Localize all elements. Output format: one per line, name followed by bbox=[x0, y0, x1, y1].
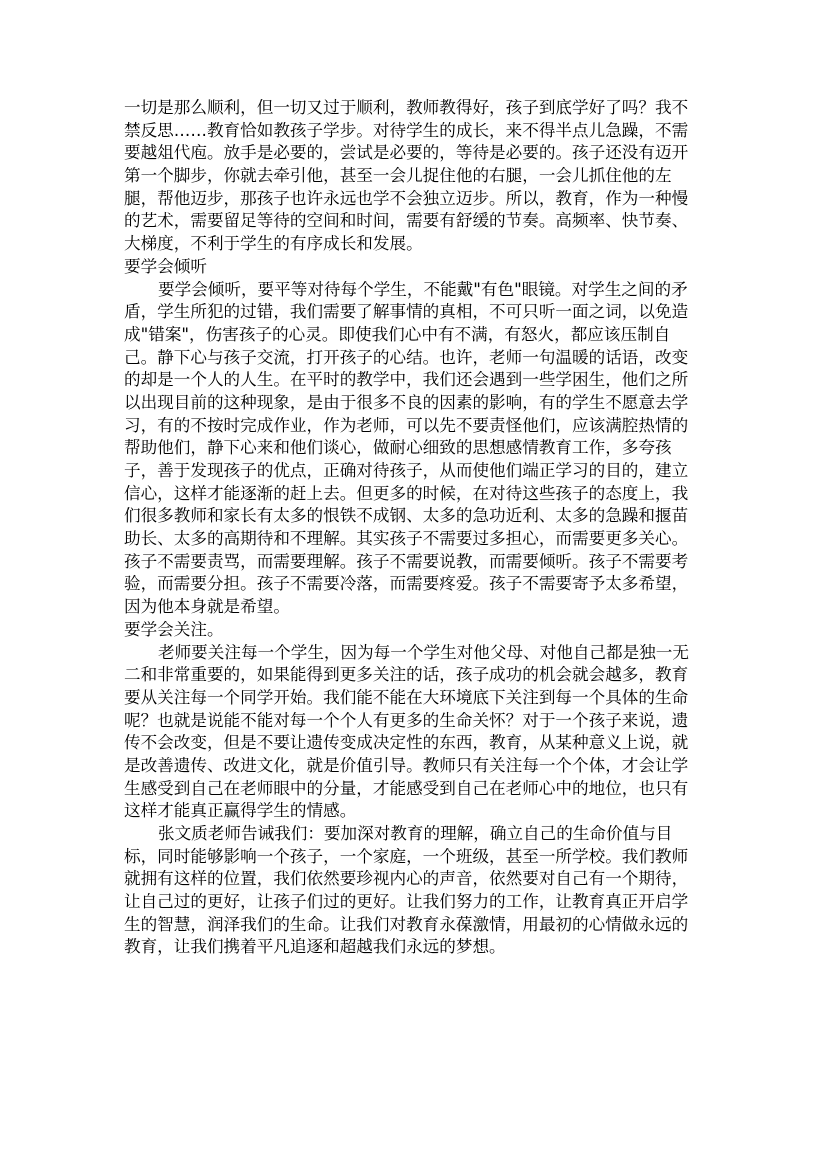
text-line: 要从关注每一个同学开始。我们能不能在大环境底下关注到每一个具体的生命 bbox=[124, 687, 704, 710]
text-line: 的却是一个人的人生。在平时的教学中，我们还会遇到一些学困生，他们之所 bbox=[124, 369, 704, 392]
text-line: 子，善于发现孩子的优点，正确对待孩子，从而使他们端正学习的目的，建立 bbox=[124, 460, 704, 483]
text-line: 禁反思……教育恰如教孩子学步。对待学生的成长，来不得半点儿急躁，不需 bbox=[124, 120, 704, 143]
text-line: 以出现目前的这种现象，是由于很多不良的因素的影响，有的学生不愿意去学 bbox=[124, 392, 704, 415]
text-line: 因为他本身就是希望。 bbox=[124, 596, 704, 619]
text-line: 呢？也就是说能不能对每一个个人有更多的生命关怀？对于一个孩子来说，遗 bbox=[124, 710, 704, 733]
text-line: 腿，帮他迈步，那孩子也许永远也学不会独立迈步。所以，教育，作为一种慢 bbox=[124, 188, 704, 211]
text-line: 传不会改变，但是不要让遗传变成决定性的东西，教育，从某种意义上说，就 bbox=[124, 732, 704, 755]
text-line: 要越俎代庖。放手是必要的，尝试是必要的，等待是必要的。孩子还没有迈开 bbox=[124, 142, 704, 165]
text-line: 这样才能真正赢得学生的情感。 bbox=[124, 800, 704, 823]
text-line: 大梯度，不利于学生的有序成长和发展。 bbox=[124, 233, 704, 256]
paragraph-conclusion: 张文质老师告诫我们：要加深对教育的理解，确立自己的生命价值与目 标，同时能够影响… bbox=[124, 823, 704, 959]
text-line: 生的智慧，润泽我们的生命。让我们对教育永葆激情，用最初的心情做永远的 bbox=[124, 914, 704, 937]
text-line: 盾，学生所犯的过错，我们需要了解事情的真相，不可只听一面之词，以免造 bbox=[124, 301, 704, 324]
text-line: 第一个脚步，你就去牵引他，甚至一会儿捉住他的右腿，一会儿抓住他的左 bbox=[124, 165, 704, 188]
text-line: 己。静下心与孩子交流，打开孩子的心结。也许，老师一句温暖的话语，改变 bbox=[124, 347, 704, 370]
text-line: 生感受到自己在老师眼中的分量，才能感受到自己在老师心中的地位，也只有 bbox=[124, 778, 704, 801]
text-line: 标，同时能够影响一个孩子，一个家庭，一个班级，甚至一所学校。我们教师 bbox=[124, 846, 704, 869]
section-heading-attention: 要学会关注。 bbox=[124, 619, 704, 642]
section-heading-listen: 要学会倾听 bbox=[124, 256, 704, 279]
paragraph-listen: 要学会倾听，要平等对待每个学生，不能戴"有色"眼镜。对学生之间的矛 盾，学生所犯… bbox=[124, 279, 704, 619]
text-line: 是改善遗传、改进文化，就是价值引导。教师只有关注每一个个体，才会让学 bbox=[124, 755, 704, 778]
text-line: 的艺术，需要留足等待的空间和时间，需要有舒缓的节奏。高频率、快节奏、 bbox=[124, 210, 704, 233]
document-page: 一切是那么顺利，但一切又过于顺利，教师教得好，孩子到底学好了吗？我不 禁反思……… bbox=[124, 97, 704, 959]
text-line: 让自己过的更好，让孩子们过的更好。让我们努力的工作，让教育真正开启学 bbox=[124, 891, 704, 914]
text-line: 帮助他们，静下心来和他们谈心，做耐心细致的思想感情教育工作，多夸孩 bbox=[124, 437, 704, 460]
text-line: 成"错案"，伤害孩子的心灵。即使我们心中有不满，有怒火，都应该压制自 bbox=[124, 324, 704, 347]
paragraph-reflection: 一切是那么顺利，但一切又过于顺利，教师教得好，孩子到底学好了吗？我不 禁反思……… bbox=[124, 97, 704, 256]
paragraph-attention: 老师要关注每一个学生，因为每一个学生对他父母、对他自己都是独一无 二和非常重要的… bbox=[124, 642, 704, 824]
text-line: 孩子不需要责骂，而需要理解。孩子不需要说教，而需要倾听。孩子不需要考 bbox=[124, 551, 704, 574]
text-line: 们很多教师和家长有太多的恨铁不成钢、太多的急功近利、太多的急躁和揠苗 bbox=[124, 505, 704, 528]
text-line: 张文质老师告诫我们：要加深对教育的理解，确立自己的生命价值与目 bbox=[124, 823, 704, 846]
text-line: 助长、太多的高期待和不理解。其实孩子不需要过多担心，而需要更多关心。 bbox=[124, 528, 704, 551]
text-line: 老师要关注每一个学生，因为每一个学生对他父母、对他自己都是独一无 bbox=[124, 642, 704, 665]
text-line: 教育，让我们携着平凡追逐和超越我们永远的梦想。 bbox=[124, 936, 704, 959]
text-line: 习，有的不按时完成作业，作为老师，可以先不要责怪他们，应该满腔热情的 bbox=[124, 415, 704, 438]
text-line: 二和非常重要的，如果能得到更多关注的话，孩子成功的机会就会越多，教育 bbox=[124, 664, 704, 687]
text-line: 信心，这样才能逐渐的赶上去。但更多的时候，在对待这些孩子的态度上，我 bbox=[124, 483, 704, 506]
text-line: 验，而需要分担。孩子不需要冷落，而需要疼爱。孩子不需要寄予太多希望， bbox=[124, 573, 704, 596]
text-line: 一切是那么顺利，但一切又过于顺利，教师教得好，孩子到底学好了吗？我不 bbox=[124, 97, 704, 120]
text-line: 要学会倾听，要平等对待每个学生，不能戴"有色"眼镜。对学生之间的矛 bbox=[124, 279, 704, 302]
text-line: 就拥有这样的位置，我们依然要珍视内心的声音，依然要对自己有一个期待， bbox=[124, 868, 704, 891]
